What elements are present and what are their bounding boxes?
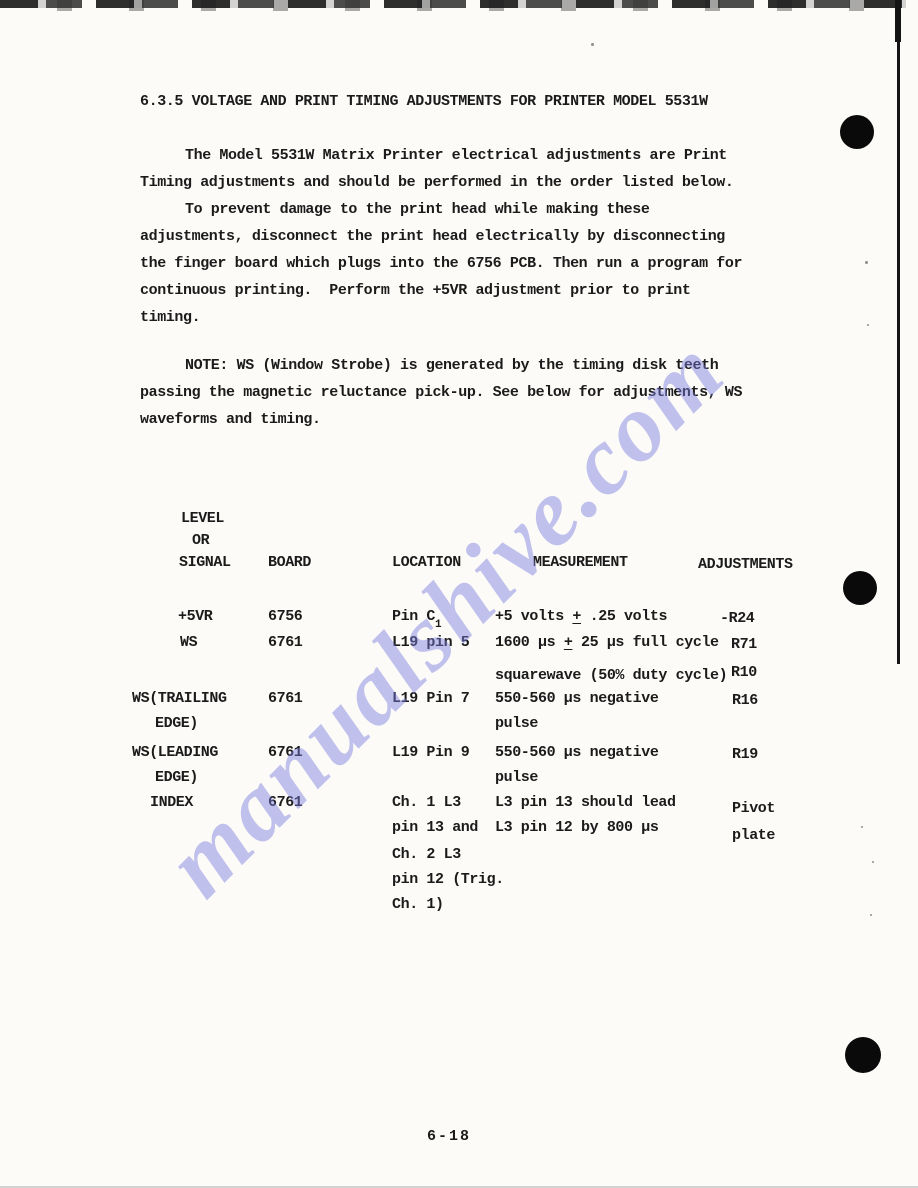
- note-line3: waveforms and timing.: [140, 411, 321, 429]
- row4-signal-line2: EDGE): [155, 769, 198, 787]
- row5-adjustment-line2: plate: [732, 827, 775, 845]
- scan-top-edge-artifact: [0, 0, 906, 8]
- paragraph2-line1: To prevent damage to the print head whil…: [185, 201, 649, 219]
- scanned-manual-page: manualshive.com 6.3.5 VOLTAGE AND PRINT …: [0, 0, 918, 1188]
- scan-right-binding-line: [897, 0, 900, 664]
- row1-adjustment: -R24: [720, 610, 754, 628]
- paragraph2-line3: the finger board which plugs into the 67…: [140, 255, 742, 273]
- row2-signal: WS: [180, 634, 197, 652]
- row1-board: 6756: [268, 608, 302, 626]
- row5-measurement-line2: L3 pin 12 by 800 µs: [495, 819, 658, 837]
- header-or: OR: [192, 532, 209, 550]
- scan-speck: [865, 261, 868, 264]
- scan-speck: [861, 826, 863, 828]
- paragraph1-line1: The Model 5531W Matrix Printer electrica…: [185, 147, 727, 165]
- row4-location: L19 Pin 9: [392, 744, 469, 762]
- paragraph2-line5: timing.: [140, 309, 200, 327]
- row2-m1-pre: 1600 µs: [495, 634, 564, 651]
- header-level: LEVEL: [181, 510, 224, 528]
- scan-speck: [867, 324, 869, 326]
- row3-measurement-line1: 550-560 µs negative: [495, 690, 658, 708]
- row4-signal-line1: WS(LEADING: [132, 744, 218, 762]
- row2-adjustment-2: R10: [731, 664, 757, 682]
- header-signal: SIGNAL: [179, 554, 231, 572]
- paragraph1-line2: Timing adjustments and should be perform…: [140, 174, 734, 192]
- scan-speck: [870, 914, 872, 916]
- page-number: 6-18: [427, 1128, 471, 1146]
- row5-location-line1: Ch. 1 L3: [392, 794, 461, 812]
- row1-measurement-plusminus: +: [572, 608, 581, 625]
- section-title: 6.3.5 VOLTAGE AND PRINT TIMING ADJUSTMEN…: [140, 93, 708, 111]
- row2-board: 6761: [268, 634, 302, 652]
- row3-signal-line1: WS(TRAILING: [132, 690, 227, 708]
- punch-hole-dot-3: [845, 1037, 881, 1073]
- row2-adjustment-1: R71: [731, 636, 757, 654]
- row3-adjustment: R16: [732, 692, 758, 710]
- row5-adjustment-line1: Pivot: [732, 800, 775, 818]
- row5-location-line4: pin 12 (Trig.: [392, 871, 504, 889]
- row3-signal-line2: EDGE): [155, 715, 198, 733]
- row5-measurement-line1: L3 pin 13 should lead: [495, 794, 676, 812]
- scan-speck: [591, 43, 594, 46]
- paragraph2-line2: adjustments, disconnect the print head e…: [140, 228, 725, 246]
- header-adjustments: ADJUSTMENTS: [698, 556, 793, 574]
- row1-measurement-post: .25 volts: [581, 608, 667, 625]
- header-board: BOARD: [268, 554, 311, 572]
- punch-hole-dot-2: [843, 571, 877, 605]
- row3-measurement-line2: pulse: [495, 715, 538, 733]
- row4-measurement-line2: pulse: [495, 769, 538, 787]
- row2-m1-post: 25 µs full cycle: [572, 634, 718, 651]
- paragraph2-line4: continuous printing. Perform the +5VR ad…: [140, 282, 691, 300]
- row4-measurement-line1: 550-560 µs negative: [495, 744, 658, 762]
- row5-location-line5: Ch. 1): [392, 896, 444, 914]
- punch-hole-dot-1: [840, 115, 874, 149]
- row1-signal: +5VR: [178, 608, 212, 626]
- row5-location-line3: Ch. 2 L3: [392, 846, 461, 864]
- row5-location-line2: pin 13 and: [392, 819, 478, 837]
- row2-measurement-line2: squarewave (50% duty cycle): [495, 667, 727, 685]
- row2-measurement-line1: 1600 µs + 25 µs full cycle: [495, 634, 719, 652]
- scan-speck: [872, 861, 874, 863]
- row4-adjustment: R19: [732, 746, 758, 764]
- scan-right-binding-line-top: [895, 0, 901, 42]
